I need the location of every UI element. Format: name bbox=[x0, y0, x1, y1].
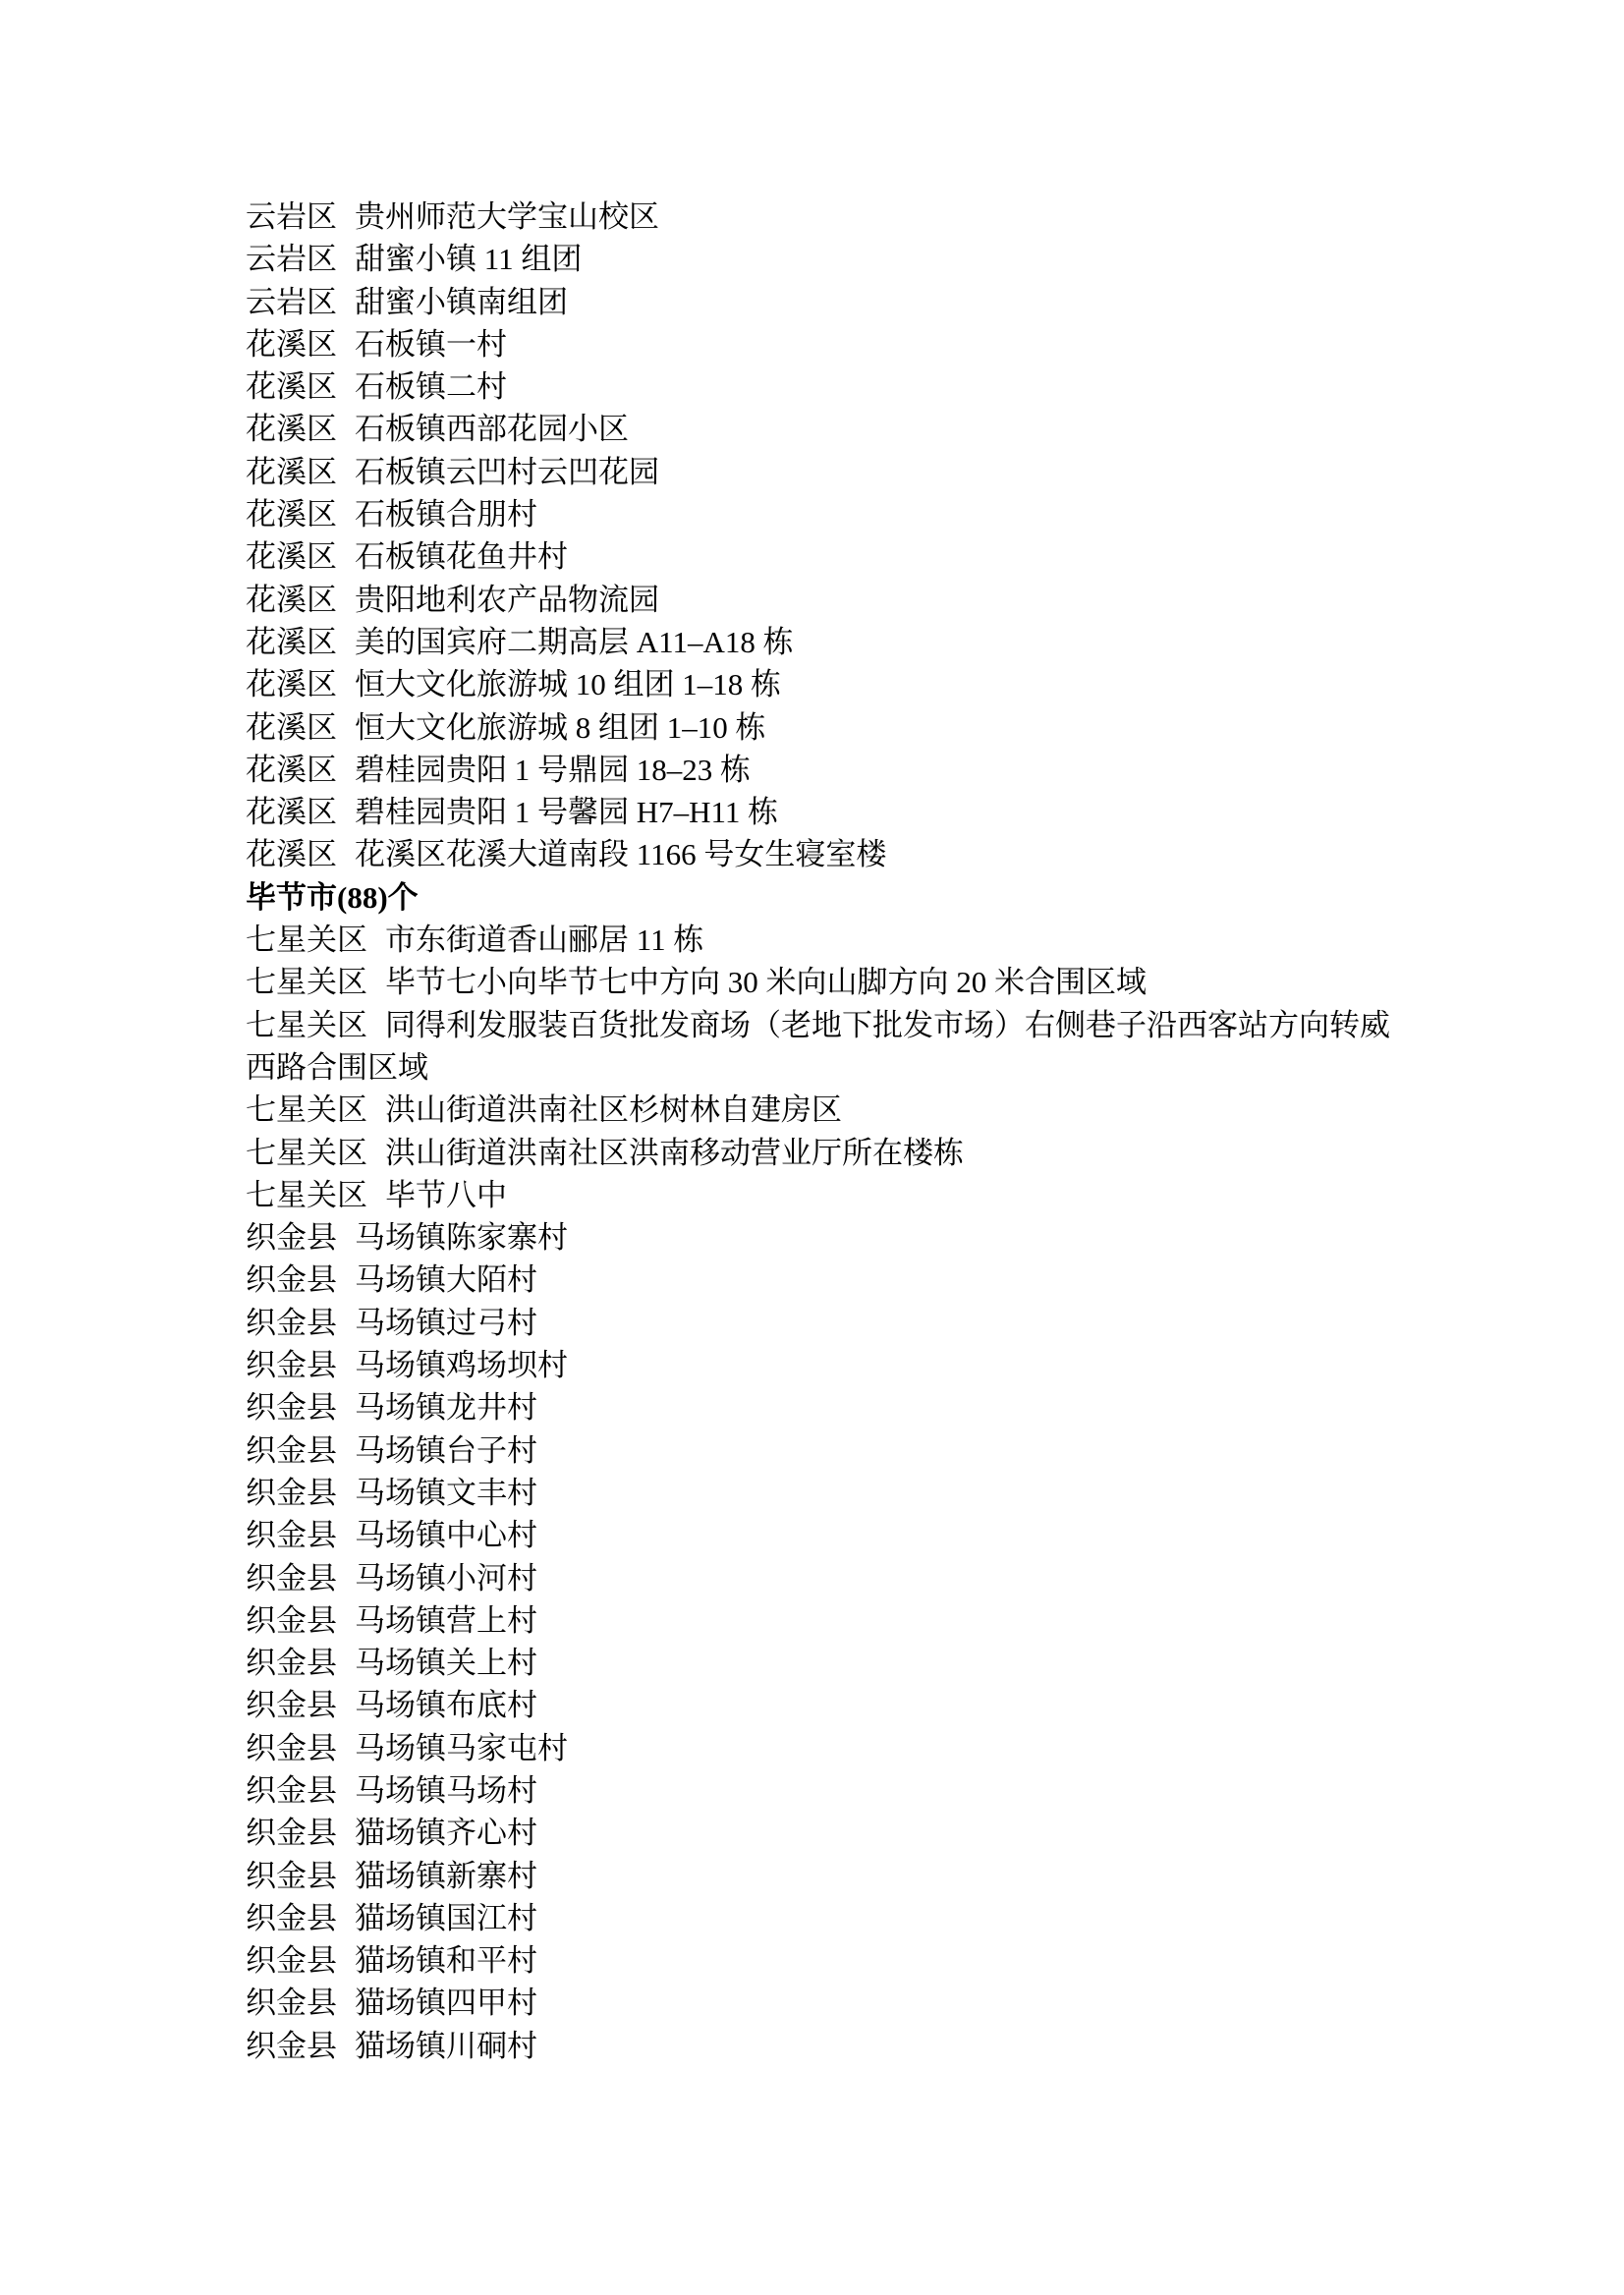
address-row: 织金县猫场镇新寨村 bbox=[246, 1855, 1395, 1897]
location-text: 马场镇过弓村 bbox=[355, 1306, 537, 1340]
location-text: 马场镇关上村 bbox=[355, 1646, 537, 1680]
address-row: 七星关区同得利发服装百货批发商场（老地下批发市场）右侧巷子沿西客站方向转威 bbox=[246, 1004, 1395, 1046]
location-text: 马场镇小河村 bbox=[355, 1561, 537, 1595]
district-name: 织金县 bbox=[246, 1344, 337, 1386]
location-text: 同得利发服装百货批发商场（老地下批发市场）右侧巷子沿西客站方向转威 bbox=[385, 1008, 1390, 1042]
district-name: 花溪区 bbox=[246, 493, 337, 535]
district-name: 七星关区 bbox=[246, 961, 367, 1003]
district-name: 云岩区 bbox=[246, 238, 337, 280]
district-name: 织金县 bbox=[246, 1642, 337, 1684]
section-header: 毕节市(88)个 bbox=[246, 876, 1395, 919]
district-name: 七星关区 bbox=[246, 1004, 367, 1046]
location-text: 恒大文化旅游城 10 组团 1–18 栋 bbox=[355, 667, 781, 701]
location-text: 猫场镇和平村 bbox=[355, 1943, 537, 1978]
address-row: 织金县马场镇大陌村 bbox=[246, 1259, 1395, 1301]
location-text: 马场镇马场村 bbox=[355, 1773, 537, 1808]
location-text: 石板镇二村 bbox=[355, 369, 507, 404]
location-text: 碧桂园贵阳 1 号馨园 H7–H11 栋 bbox=[355, 795, 778, 829]
location-text: 石板镇云凹村云凹花园 bbox=[355, 455, 659, 489]
address-row: 花溪区石板镇合朋村 bbox=[246, 493, 1395, 535]
address-row: 织金县马场镇过弓村 bbox=[246, 1302, 1395, 1344]
location-text: 马场镇马家屯村 bbox=[355, 1731, 568, 1765]
location-text: 马场镇龙井村 bbox=[355, 1390, 537, 1425]
location-text: 石板镇花鱼井村 bbox=[355, 539, 568, 574]
district-name: 织金县 bbox=[246, 1557, 337, 1599]
district-name: 织金县 bbox=[246, 1514, 337, 1556]
location-text: 马场镇台子村 bbox=[355, 1433, 537, 1468]
district-name: 花溪区 bbox=[246, 451, 337, 493]
address-row: 织金县马场镇龙井村 bbox=[246, 1386, 1395, 1428]
address-row: 花溪区花溪区花溪大道南段 1166 号女生寝室楼 bbox=[246, 833, 1395, 875]
district-name: 织金县 bbox=[246, 1259, 337, 1301]
address-row: 织金县猫场镇和平村 bbox=[246, 1939, 1395, 1982]
address-row: 织金县马场镇关上村 bbox=[246, 1642, 1395, 1684]
location-text: 贵阳地利农产品物流园 bbox=[355, 583, 659, 617]
location-text: 猫场镇川硐村 bbox=[355, 2029, 537, 2063]
location-text: 甜蜜小镇 11 组团 bbox=[355, 242, 582, 276]
address-row: 花溪区碧桂园贵阳 1 号鼎园 18–23 栋 bbox=[246, 749, 1395, 791]
location-text: 猫场镇齐心村 bbox=[355, 1816, 537, 1850]
district-name: 织金县 bbox=[246, 1472, 337, 1514]
address-row: 花溪区恒大文化旅游城 10 组团 1–18 栋 bbox=[246, 663, 1395, 705]
location-text: 马场镇布底村 bbox=[355, 1688, 537, 1722]
address-row: 织金县马场镇马家屯村 bbox=[246, 1727, 1395, 1769]
location-text: 美的国宾府二期高层 A11–A18 栋 bbox=[355, 625, 794, 659]
address-row: 花溪区美的国宾府二期高层 A11–A18 栋 bbox=[246, 621, 1395, 663]
district-name: 织金县 bbox=[246, 1939, 337, 1982]
address-row: 织金县猫场镇国江村 bbox=[246, 1897, 1395, 1939]
district-name: 花溪区 bbox=[246, 579, 337, 621]
address-row: 七星关区毕节七小向毕节七中方向 30 米向山脚方向 20 米合围区域 bbox=[246, 961, 1395, 1003]
district-name: 织金县 bbox=[246, 1897, 337, 1939]
location-text: 甜蜜小镇南组团 bbox=[355, 285, 568, 319]
location-text: 石板镇合朋村 bbox=[355, 497, 537, 532]
location-text: 毕节八中 bbox=[385, 1178, 507, 1212]
district-name: 织金县 bbox=[246, 1982, 337, 2024]
location-text: 洪山街道洪南社区洪南移动营业厅所在楼栋 bbox=[385, 1136, 964, 1170]
address-row: 花溪区石板镇西部花园小区 bbox=[246, 408, 1395, 450]
location-text: 贵州师范大学宝山校区 bbox=[355, 199, 659, 234]
district-name: 云岩区 bbox=[246, 196, 337, 238]
district-name: 七星关区 bbox=[246, 1089, 367, 1131]
location-text: 马场镇中心村 bbox=[355, 1518, 537, 1552]
address-row: 云岩区甜蜜小镇南组团 bbox=[246, 281, 1395, 323]
address-row: 织金县马场镇马场村 bbox=[246, 1769, 1395, 1812]
location-text: 马场镇营上村 bbox=[355, 1603, 537, 1638]
address-row: 织金县马场镇陈家寨村 bbox=[246, 1216, 1395, 1259]
location-text: 恒大文化旅游城 8 组团 1–10 栋 bbox=[355, 710, 766, 745]
district-name: 花溪区 bbox=[246, 749, 337, 791]
address-row: 织金县马场镇布底村 bbox=[246, 1684, 1395, 1726]
wrapped-line-text: 西路合围区域 bbox=[246, 1046, 1395, 1089]
location-text: 碧桂园贵阳 1 号鼎园 18–23 栋 bbox=[355, 753, 751, 787]
district-name: 织金县 bbox=[246, 1855, 337, 1897]
district-name: 织金县 bbox=[246, 1386, 337, 1428]
address-list: 云岩区贵州师范大学宝山校区云岩区甜蜜小镇 11 组团云岩区甜蜜小镇南组团花溪区石… bbox=[246, 196, 1395, 2067]
district-name: 织金县 bbox=[246, 1769, 337, 1812]
address-row: 织金县猫场镇川硐村 bbox=[246, 2025, 1395, 2067]
location-text: 猫场镇新寨村 bbox=[355, 1859, 537, 1893]
address-row: 花溪区碧桂园贵阳 1 号馨园 H7–H11 栋 bbox=[246, 791, 1395, 833]
location-text: 马场镇大陌村 bbox=[355, 1262, 537, 1297]
district-name: 花溪区 bbox=[246, 791, 337, 833]
location-text: 马场镇陈家寨村 bbox=[355, 1220, 568, 1255]
district-name: 七星关区 bbox=[246, 1174, 367, 1216]
district-name: 花溪区 bbox=[246, 621, 337, 663]
address-row: 花溪区石板镇二村 bbox=[246, 365, 1395, 408]
address-row: 织金县马场镇中心村 bbox=[246, 1514, 1395, 1556]
address-row: 七星关区洪山街道洪南社区洪南移动营业厅所在楼栋 bbox=[246, 1132, 1395, 1174]
district-name: 织金县 bbox=[246, 1302, 337, 1344]
document-page: 云岩区贵州师范大学宝山校区云岩区甜蜜小镇 11 组团云岩区甜蜜小镇南组团花溪区石… bbox=[0, 0, 1624, 2295]
address-row: 织金县猫场镇齐心村 bbox=[246, 1812, 1395, 1854]
district-name: 花溪区 bbox=[246, 323, 337, 365]
location-text: 石板镇一村 bbox=[355, 327, 507, 362]
address-row: 七星关区毕节八中 bbox=[246, 1174, 1395, 1216]
address-row: 织金县马场镇小河村 bbox=[246, 1557, 1395, 1599]
address-row: 花溪区石板镇花鱼井村 bbox=[246, 535, 1395, 578]
location-text: 马场镇鸡场坝村 bbox=[355, 1348, 568, 1382]
address-row: 织金县马场镇文丰村 bbox=[246, 1472, 1395, 1514]
location-text: 毕节七小向毕节七中方向 30 米向山脚方向 20 米合围区域 bbox=[385, 965, 1147, 999]
district-name: 织金县 bbox=[246, 1727, 337, 1769]
district-name: 花溪区 bbox=[246, 408, 337, 450]
district-name: 花溪区 bbox=[246, 663, 337, 705]
district-name: 织金县 bbox=[246, 1812, 337, 1854]
district-name: 七星关区 bbox=[246, 1132, 367, 1174]
address-row: 花溪区贵阳地利农产品物流园 bbox=[246, 579, 1395, 621]
district-name: 织金县 bbox=[246, 1216, 337, 1259]
address-row: 织金县马场镇营上村 bbox=[246, 1599, 1395, 1642]
address-row: 花溪区石板镇一村 bbox=[246, 323, 1395, 365]
address-row: 云岩区甜蜜小镇 11 组团 bbox=[246, 238, 1395, 280]
district-name: 七星关区 bbox=[246, 919, 367, 961]
address-row: 七星关区洪山街道洪南社区杉树林自建房区 bbox=[246, 1089, 1395, 1131]
address-row: 七星关区市东街道香山郦居 11 栋 bbox=[246, 919, 1395, 961]
district-name: 花溪区 bbox=[246, 706, 337, 749]
district-name: 云岩区 bbox=[246, 281, 337, 323]
district-name: 织金县 bbox=[246, 1599, 337, 1642]
address-row: 花溪区石板镇云凹村云凹花园 bbox=[246, 451, 1395, 493]
location-text: 猫场镇国江村 bbox=[355, 1901, 537, 1935]
district-name: 织金县 bbox=[246, 1684, 337, 1726]
district-name: 织金县 bbox=[246, 1429, 337, 1472]
address-row: 云岩区贵州师范大学宝山校区 bbox=[246, 196, 1395, 238]
location-text: 石板镇西部花园小区 bbox=[355, 412, 629, 446]
address-row: 花溪区恒大文化旅游城 8 组团 1–10 栋 bbox=[246, 706, 1395, 749]
address-row: 织金县马场镇台子村 bbox=[246, 1429, 1395, 1472]
location-text: 洪山街道洪南社区杉树林自建房区 bbox=[385, 1092, 842, 1127]
district-name: 花溪区 bbox=[246, 535, 337, 578]
address-row: 织金县马场镇鸡场坝村 bbox=[246, 1344, 1395, 1386]
location-text: 马场镇文丰村 bbox=[355, 1476, 537, 1510]
district-name: 花溪区 bbox=[246, 365, 337, 408]
location-text: 猫场镇四甲村 bbox=[355, 1986, 537, 2020]
district-name: 织金县 bbox=[246, 2025, 337, 2067]
district-name: 花溪区 bbox=[246, 833, 337, 875]
location-text: 花溪区花溪大道南段 1166 号女生寝室楼 bbox=[355, 837, 886, 871]
location-text: 市东街道香山郦居 11 栋 bbox=[385, 923, 703, 957]
address-row: 织金县猫场镇四甲村 bbox=[246, 1982, 1395, 2024]
